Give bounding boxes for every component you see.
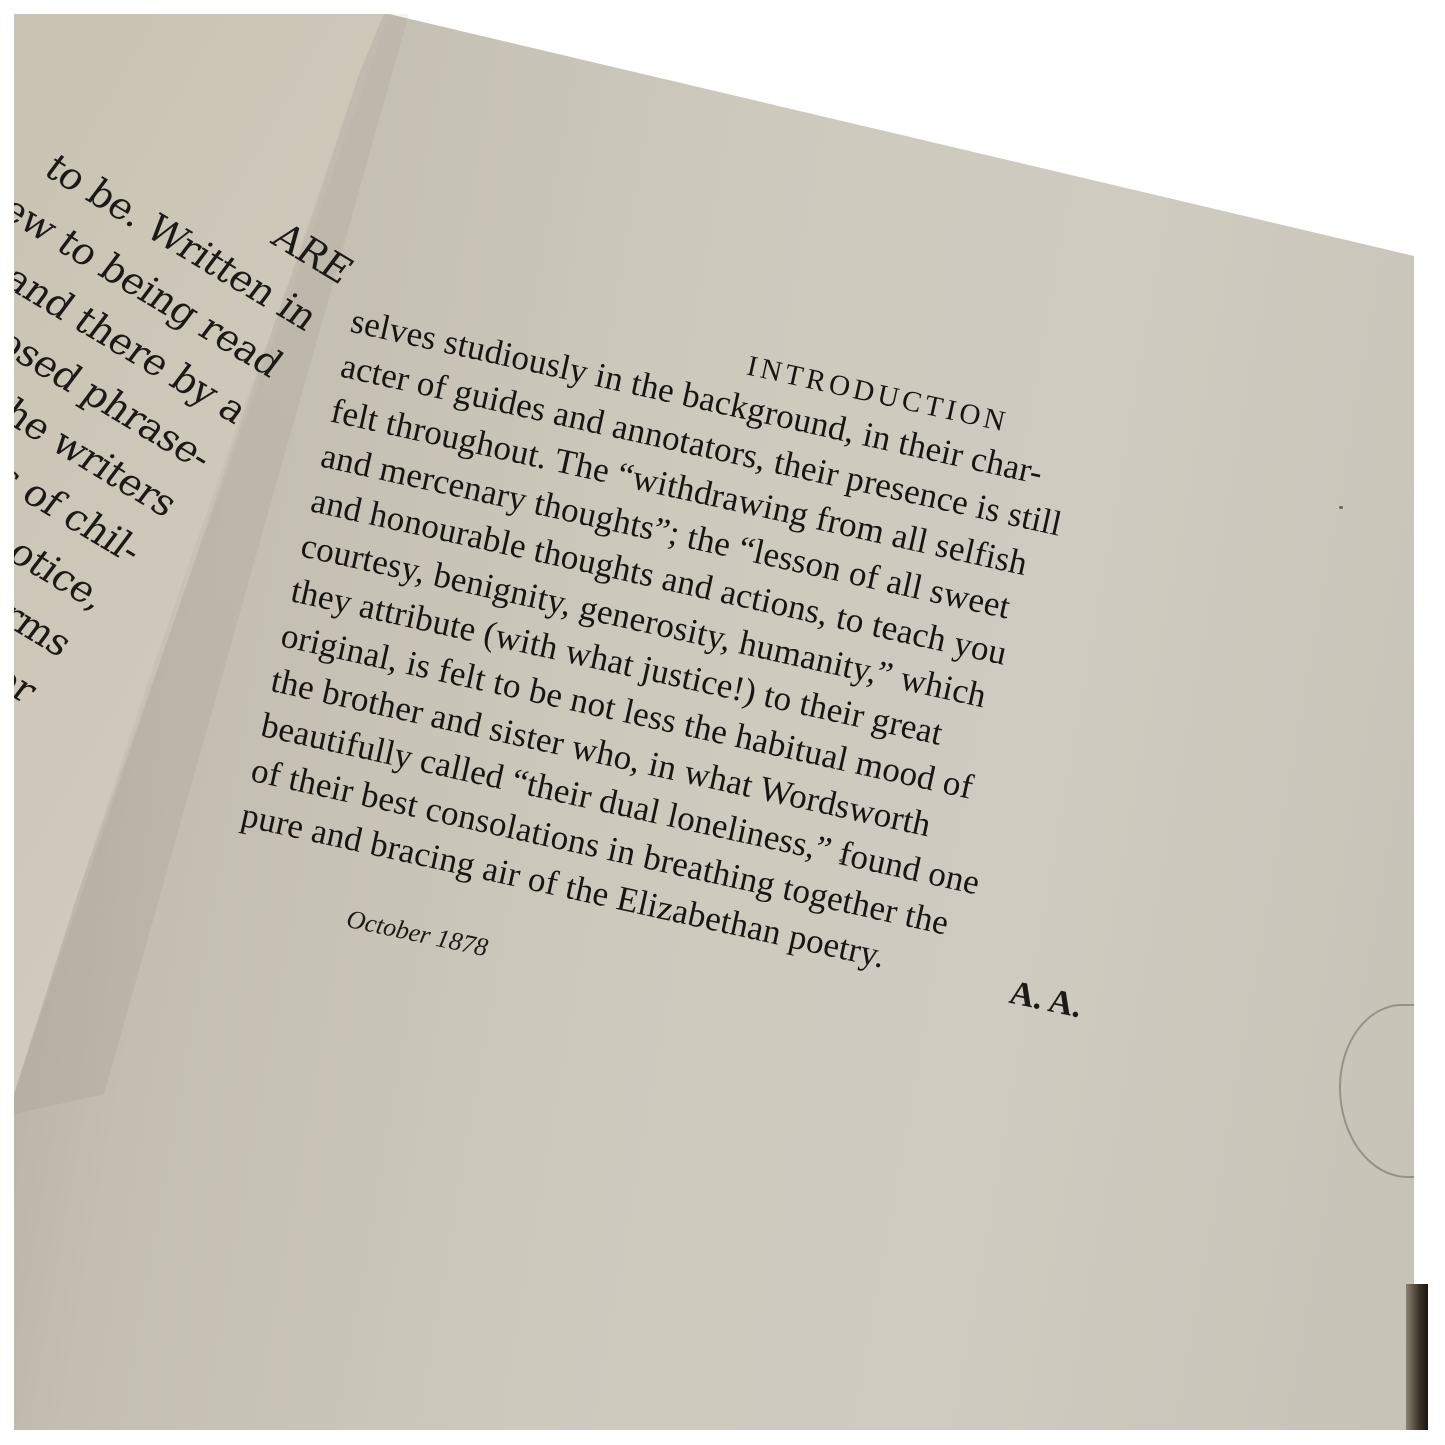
paper-speck (1339, 506, 1343, 509)
book-photo: ARE to be. Written in a view to being re… (14, 14, 1432, 1430)
background-right (1414, 254, 1432, 1430)
page-edges (1406, 1284, 1428, 1430)
paper-speck (839, 859, 843, 862)
